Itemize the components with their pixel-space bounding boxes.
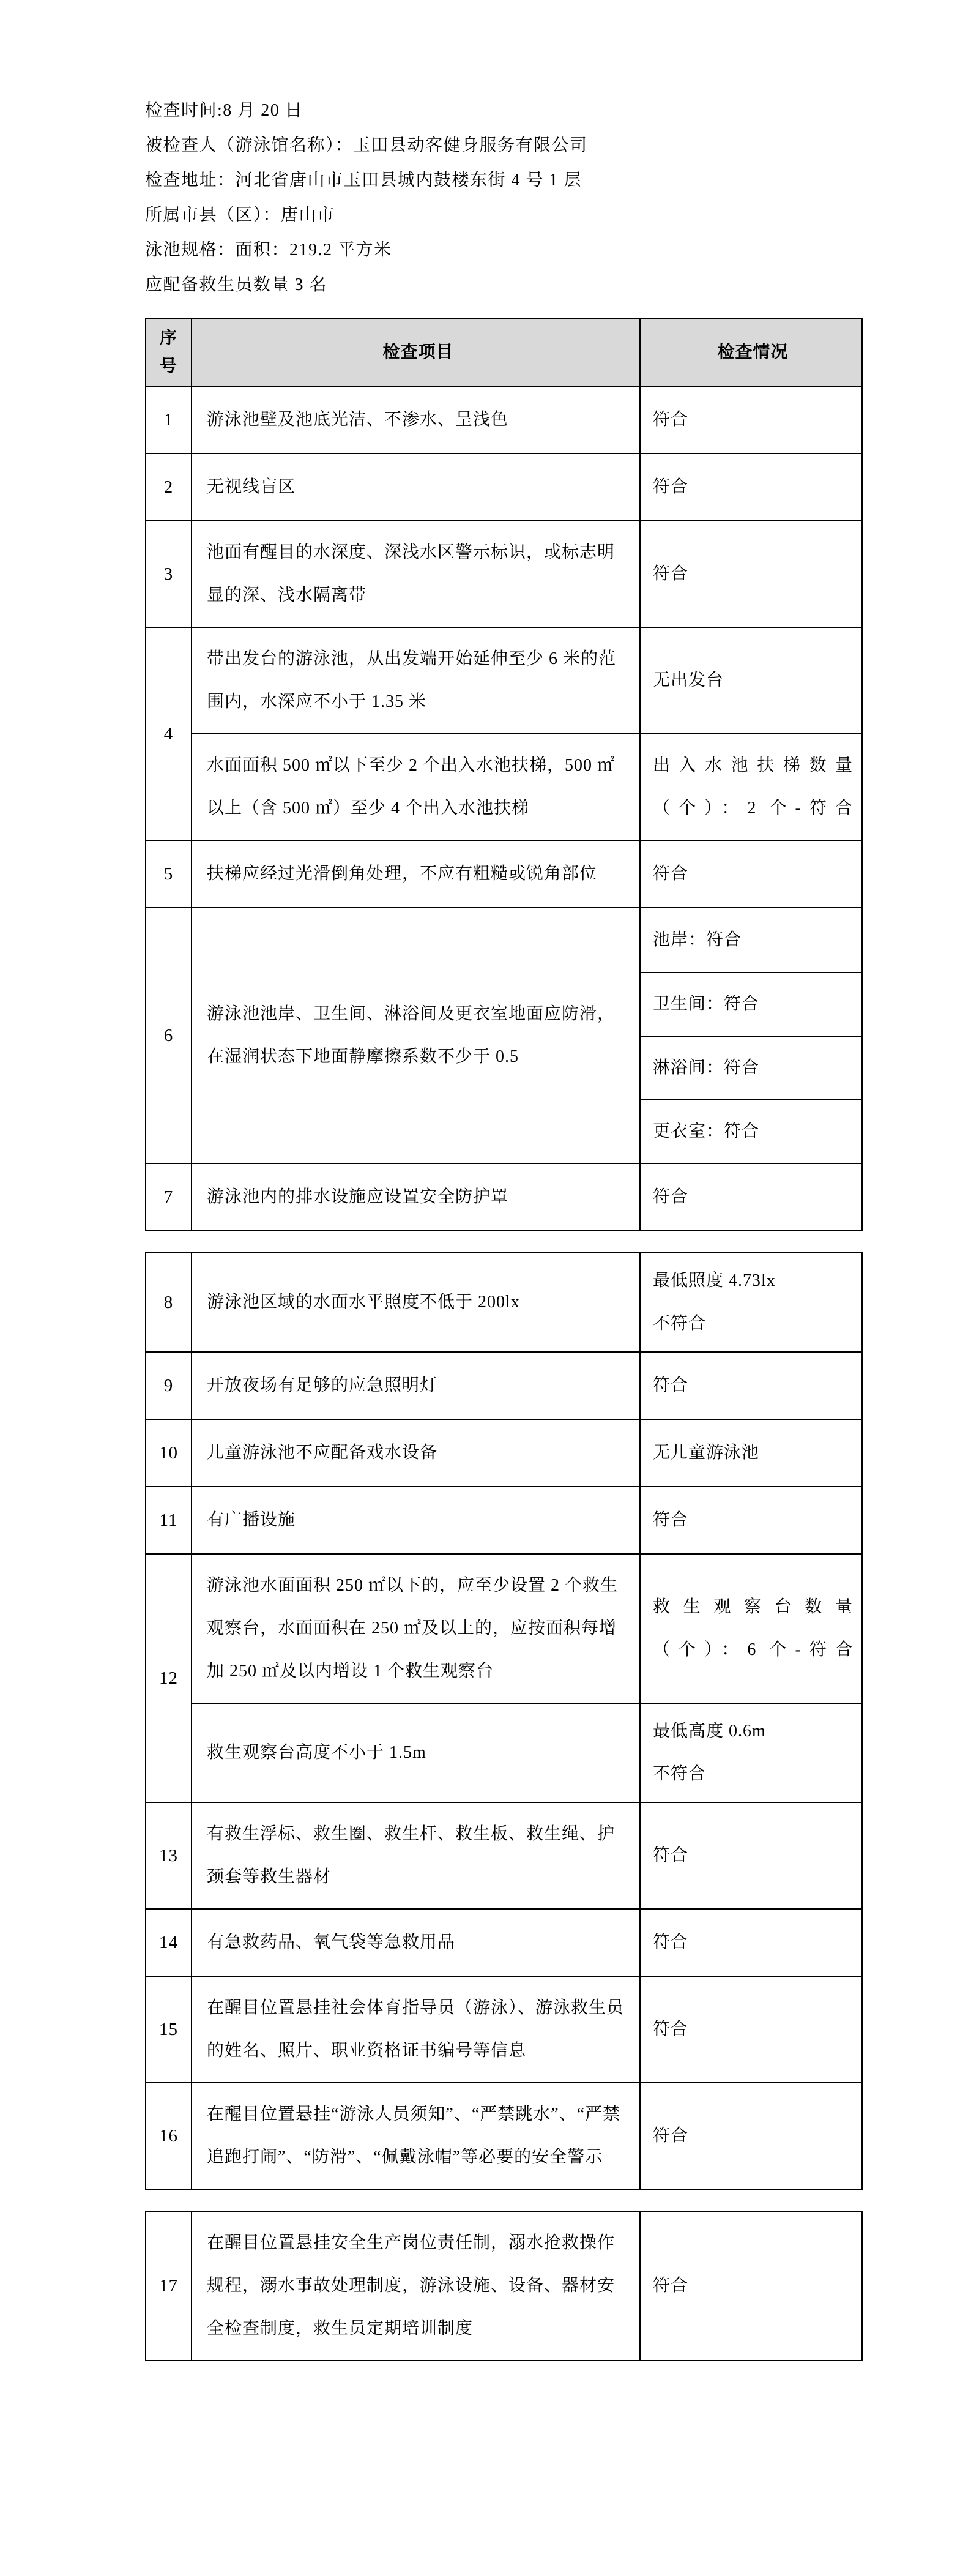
item-cell: 救生观察台高度不小于 1.5m	[192, 1704, 639, 1802]
table-row: 2无视线盲区符合	[146, 453, 861, 520]
item-text: 无视线盲区	[207, 466, 630, 509]
status-text: 无出发台	[653, 659, 853, 702]
info-line: 检查地址：河北省唐山市玉田县城内鼓楼东街 4 号 1 层	[145, 163, 971, 198]
table-subrow: 游泳池池岸、卫生间、淋浴间及更衣室地面应防滑，在湿润状态下地面静摩擦系数不少于 …	[192, 908, 861, 1163]
info-line: 所属市县（区）：唐山市	[145, 198, 971, 233]
table-subrow: 游泳池区域的水面水平照度不低于 200lx最低照度 4.73lx 不符合	[192, 1253, 861, 1351]
table-subrow: 儿童游泳池不应配备戏水设备无儿童游泳池	[192, 1420, 861, 1486]
status-cell: 符合	[641, 1353, 861, 1419]
item-cell: 有广播设施	[192, 1487, 639, 1553]
status-text: 符合	[653, 2115, 853, 2157]
row-number: 4	[146, 628, 191, 840]
table-subrow: 无视线盲区符合	[192, 454, 861, 520]
status-cell-stack: 符合	[639, 2212, 861, 2360]
item-cell: 游泳池壁及池底光洁、不渗水、呈浅色	[192, 387, 639, 453]
status-text: 符合	[653, 1176, 853, 1219]
status-cell-stack: 符合	[639, 1164, 861, 1230]
table-subrow: 在醒目位置悬挂安全生产岗位责任制，溺水抢救操作规程，溺水事故处理制度，游泳设施、…	[192, 2212, 861, 2360]
status-cell-stack: 符合	[639, 454, 861, 520]
status-text: 符合	[653, 1499, 853, 1542]
table-row: 3池面有醒目的水深度、深浅水区警示标识，或标志明显的深、浅水隔离带符合	[146, 520, 861, 627]
item-text: 扶梯应经过光滑倒角处理，不应有粗糙或锐角部位	[207, 853, 630, 895]
inspection-tables: 序号检查项目检查情况1游泳池壁及池底光洁、不渗水、呈浅色符合2无视线盲区符合3池…	[145, 318, 863, 2361]
item-text: 有急救药品、氧气袋等急救用品	[207, 1921, 630, 1964]
status-text: 符合	[653, 2264, 853, 2307]
item-text: 水面面积 500 ㎡以下至少 2 个出入水池扶梯，500 ㎡以上（含 500 ㎡…	[207, 744, 630, 830]
status-text: 符合	[653, 2008, 853, 2051]
table-row: 5扶梯应经过光滑倒角处理，不应有粗糙或锐角部位符合	[146, 840, 861, 907]
status-text: 符合	[653, 398, 853, 441]
status-cell: 池岸：符合	[641, 908, 861, 972]
table-subrow: 开放夜场有足够的应急照明灯符合	[192, 1353, 861, 1419]
status-cell-stack: 救生观察台数量 （个）：6 个-符合	[639, 1555, 861, 1703]
status-cell: 淋浴间：符合	[641, 1036, 861, 1099]
status-cell: 符合	[641, 521, 861, 627]
item-cell: 池面有醒目的水深度、深浅水区警示标识，或标志明显的深、浅水隔离带	[192, 521, 639, 627]
item-text: 在醒目位置悬挂安全生产岗位责任制，溺水抢救操作规程，溺水事故处理制度，游泳设施、…	[207, 2222, 630, 2350]
item-text: 游泳池池岸、卫生间、淋浴间及更衣室地面应防滑，在湿润状态下地面静摩擦系数不少于 …	[207, 993, 630, 1078]
table-subrow: 扶梯应经过光滑倒角处理，不应有粗糙或锐角部位符合	[192, 841, 861, 907]
status-cell-stack: 符合	[639, 1353, 861, 1419]
item-text: 游泳池内的排水设施应设置安全防护罩	[207, 1176, 630, 1219]
status-cell-stack: 符合	[639, 387, 861, 453]
status-cell: 符合	[641, 1910, 861, 1976]
item-cell: 扶梯应经过光滑倒角处理，不应有粗糙或锐角部位	[192, 841, 639, 907]
item-cell: 开放夜场有足够的应急照明灯	[192, 1353, 639, 1419]
table-row: 14有急救药品、氧气袋等急救用品符合	[146, 1908, 861, 1976]
table-subrow: 救生观察台高度不小于 1.5m最低高度 0.6m 不符合	[192, 1703, 861, 1802]
status-cell: 符合	[641, 2083, 861, 2189]
item-text: 儿童游泳池不应配备戏水设备	[207, 1432, 630, 1474]
item-text: 带出发台的游泳池，从出发端开始延伸至少 6 米的范围内，水深应不小于 1.35 …	[207, 638, 630, 723]
item-text: 池面有醒目的水深度、深浅水区警示标识，或标志明显的深、浅水隔离带	[207, 531, 630, 617]
item-cell: 在醒目位置悬挂安全生产岗位责任制，溺水抢救操作规程，溺水事故处理制度，游泳设施、…	[192, 2212, 639, 2360]
status-cell: 符合	[641, 1487, 861, 1553]
table-row: 12游泳池水面面积 250 ㎡以下的，应至少设置 2 个救生观察台，水面面积在 …	[146, 1553, 861, 1802]
item-text: 在醒目位置悬挂“游泳人员须知”、“严禁跳水”、“严禁追跑打闹”、“防滑”、“佩戴…	[207, 2093, 630, 2179]
table-subrow: 水面面积 500 ㎡以下至少 2 个出入水池扶梯，500 ㎡以上（含 500 ㎡…	[192, 733, 861, 840]
status-cell: 符合	[641, 841, 861, 907]
table-row: 11有广播设施符合	[146, 1486, 861, 1553]
status-cell-stack: 池岸：符合卫生间：符合淋浴间：符合更衣室：符合	[639, 908, 861, 1163]
status-text: 卫生间：符合	[653, 983, 853, 1026]
status-cell: 最低高度 0.6m 不符合	[641, 1704, 861, 1802]
status-cell-stack: 无出发台	[639, 628, 861, 733]
item-cell: 有救生浮标、救生圈、救生杆、救生板、救生绳、护颈套等救生器材	[192, 1803, 639, 1908]
status-cell-stack: 出入水池扶梯数量 （个）：2 个-符合	[639, 734, 861, 840]
status-cell-stack: 符合	[639, 841, 861, 907]
table-subrow: 游泳池壁及池底光洁、不渗水、呈浅色符合	[192, 387, 861, 453]
status-cell: 最低照度 4.73lx 不符合	[641, 1253, 861, 1351]
row-number: 7	[146, 1164, 191, 1230]
info-line: 泳池规格：面积：219.2 平方米	[145, 233, 971, 267]
status-cell: 符合	[641, 1977, 861, 2082]
item-cell: 带出发台的游泳池，从出发端开始延伸至少 6 米的范围内，水深应不小于 1.35 …	[192, 628, 639, 733]
table-row: 4带出发台的游泳池，从出发端开始延伸至少 6 米的范围内，水深应不小于 1.35…	[146, 627, 861, 840]
table-row: 10儿童游泳池不应配备戏水设备无儿童游泳池	[146, 1419, 861, 1486]
status-cell: 出入水池扶梯数量 （个）：2 个-符合	[641, 734, 861, 840]
status-text: 符合	[653, 553, 853, 595]
status-cell: 卫生间：符合	[641, 972, 861, 1036]
column-header-no: 序号	[146, 319, 191, 386]
row-number: 15	[146, 1977, 191, 2082]
table-subrow: 游泳池水面面积 250 ㎡以下的，应至少设置 2 个救生观察台，水面面积在 25…	[192, 1555, 861, 1703]
row-number: 16	[146, 2083, 191, 2189]
status-cell-stack: 符合	[639, 1803, 861, 1908]
row-number: 14	[146, 1910, 191, 1976]
info-line: 被检查人（游泳馆名称）：玉田县动客健身服务有限公司	[145, 128, 971, 163]
row-number: 1	[146, 387, 191, 453]
status-text: 无儿童游泳池	[653, 1432, 853, 1474]
status-cell: 符合	[641, 1164, 861, 1230]
item-cell: 儿童游泳池不应配备戏水设备	[192, 1420, 639, 1486]
status-cell: 符合	[641, 1803, 861, 1908]
table-block: 8游泳池区域的水面水平照度不低于 200lx最低照度 4.73lx 不符合9开放…	[145, 1252, 863, 2190]
table-subrow: 在醒目位置悬挂“游泳人员须知”、“严禁跳水”、“严禁追跑打闹”、“防滑”、“佩戴…	[192, 2083, 861, 2189]
status-text: 符合	[653, 466, 853, 509]
status-text: 池岸：符合	[653, 919, 853, 961]
row-number: 3	[146, 521, 191, 627]
table-row: 9开放夜场有足够的应急照明灯符合	[146, 1351, 861, 1419]
item-cell: 在醒目位置悬挂“游泳人员须知”、“严禁跳水”、“严禁追跑打闹”、“防滑”、“佩戴…	[192, 2083, 639, 2189]
table-row: 13有救生浮标、救生圈、救生杆、救生板、救生绳、护颈套等救生器材符合	[146, 1802, 861, 1908]
table-subrow: 带出发台的游泳池，从出发端开始延伸至少 6 米的范围内，水深应不小于 1.35 …	[192, 628, 861, 733]
item-cell: 游泳池池岸、卫生间、淋浴间及更衣室地面应防滑，在湿润状态下地面静摩擦系数不少于 …	[192, 908, 639, 1163]
table-row: 8游泳池区域的水面水平照度不低于 200lx最低照度 4.73lx 不符合	[146, 1253, 861, 1351]
row-number: 9	[146, 1353, 191, 1419]
status-cell-stack: 无儿童游泳池	[639, 1420, 861, 1486]
table-subrow: 有广播设施符合	[192, 1487, 861, 1553]
item-text: 游泳池区域的水面水平照度不低于 200lx	[207, 1281, 630, 1324]
status-text: 符合	[653, 1364, 853, 1407]
table-block: 序号检查项目检查情况1游泳池壁及池底光洁、不渗水、呈浅色符合2无视线盲区符合3池…	[145, 318, 863, 1231]
status-cell: 无儿童游泳池	[641, 1420, 861, 1486]
inspection-info: 检查时间:8 月 20 日被检查人（游泳馆名称）：玉田县动客健身服务有限公司检查…	[145, 93, 971, 302]
item-cell: 无视线盲区	[192, 454, 639, 520]
status-text: 符合	[653, 853, 853, 895]
table-row: 16在醒目位置悬挂“游泳人员须知”、“严禁跳水”、“严禁追跑打闹”、“防滑”、“…	[146, 2082, 861, 2189]
table-subrow: 有急救药品、氧气袋等急救用品符合	[192, 1910, 861, 1976]
status-text: 最低照度 4.73lx 不符合	[653, 1260, 853, 1345]
table-subrow: 池面有醒目的水深度、深浅水区警示标识，或标志明显的深、浅水隔离带符合	[192, 521, 861, 627]
table-subrow: 在醒目位置悬挂社会体育指导员（游泳）、游泳救生员的姓名、照片、职业资格证书编号等…	[192, 1977, 861, 2082]
row-number: 11	[146, 1487, 191, 1553]
status-cell-stack: 符合	[639, 1910, 861, 1976]
status-text: 更衣室：符合	[653, 1110, 853, 1153]
row-number: 12	[146, 1555, 191, 1802]
status-cell-stack: 符合	[639, 1977, 861, 2082]
row-number: 8	[146, 1253, 191, 1351]
row-number: 13	[146, 1803, 191, 1908]
table-row: 7游泳池内的排水设施应设置安全防护罩符合	[146, 1163, 861, 1230]
status-cell-stack: 符合	[639, 521, 861, 627]
info-line: 应配备救生员数量 3 名	[145, 267, 971, 302]
item-cell: 在醒目位置悬挂社会体育指导员（游泳）、游泳救生员的姓名、照片、职业资格证书编号等…	[192, 1977, 639, 2082]
status-cell-stack: 最低高度 0.6m 不符合	[639, 1704, 861, 1802]
item-cell: 水面面积 500 ㎡以下至少 2 个出入水池扶梯，500 ㎡以上（含 500 ㎡…	[192, 734, 639, 840]
status-cell: 更衣室：符合	[641, 1099, 861, 1163]
info-line: 检查时间:8 月 20 日	[145, 93, 971, 128]
status-text: 救生观察台数量 （个）：6 个-符合	[653, 1586, 853, 1671]
status-cell-stack: 符合	[639, 2083, 861, 2189]
table-header-row: 序号检查项目检查情况	[146, 319, 861, 386]
status-text: 符合	[653, 1921, 853, 1964]
table-block: 17在醒目位置悬挂安全生产岗位责任制，溺水抢救操作规程，溺水事故处理制度，游泳设…	[145, 2211, 863, 2361]
column-header-status: 检查情况	[641, 319, 861, 386]
row-number: 10	[146, 1420, 191, 1486]
status-text: 淋浴间：符合	[653, 1047, 853, 1089]
item-text: 有广播设施	[207, 1499, 630, 1542]
item-text: 在醒目位置悬挂社会体育指导员（游泳）、游泳救生员的姓名、照片、职业资格证书编号等…	[207, 1987, 630, 2072]
status-cell-stack: 最低照度 4.73lx 不符合	[639, 1253, 861, 1351]
row-number: 17	[146, 2212, 191, 2360]
status-cell: 无出发台	[641, 628, 861, 733]
item-cell: 游泳池内的排水设施应设置安全防护罩	[192, 1164, 639, 1230]
table-row: 1游泳池壁及池底光洁、不渗水、呈浅色符合	[146, 386, 861, 453]
column-header-item: 检查项目	[192, 319, 639, 386]
item-text: 开放夜场有足够的应急照明灯	[207, 1364, 630, 1407]
status-text: 出入水池扶梯数量 （个）：2 个-符合	[653, 744, 853, 830]
item-text: 游泳池水面面积 250 ㎡以下的，应至少设置 2 个救生观察台，水面面积在 25…	[207, 1564, 630, 1693]
item-cell: 游泳池区域的水面水平照度不低于 200lx	[192, 1253, 639, 1351]
row-number: 2	[146, 454, 191, 520]
table-row: 6游泳池池岸、卫生间、淋浴间及更衣室地面应防滑，在湿润状态下地面静摩擦系数不少于…	[146, 907, 861, 1163]
item-cell: 有急救药品、氧气袋等急救用品	[192, 1910, 639, 1976]
document-page: 检查时间:8 月 20 日被检查人（游泳馆名称）：玉田县动客健身服务有限公司检查…	[0, 0, 971, 2410]
status-cell: 救生观察台数量 （个）：6 个-符合	[641, 1555, 861, 1703]
row-number: 5	[146, 841, 191, 907]
table-row: 15在醒目位置悬挂社会体育指导员（游泳）、游泳救生员的姓名、照片、职业资格证书编…	[146, 1976, 861, 2082]
item-text: 有救生浮标、救生圈、救生杆、救生板、救生绳、护颈套等救生器材	[207, 1813, 630, 1898]
table-subrow: 有救生浮标、救生圈、救生杆、救生板、救生绳、护颈套等救生器材符合	[192, 1803, 861, 1908]
item-text: 救生观察台高度不小于 1.5m	[207, 1731, 630, 1774]
status-cell-stack: 符合	[639, 1487, 861, 1553]
status-cell: 符合	[641, 454, 861, 520]
status-text: 符合	[653, 1834, 853, 1877]
status-cell: 符合	[641, 387, 861, 453]
row-number: 6	[146, 908, 191, 1163]
table-row: 17在醒目位置悬挂安全生产岗位责任制，溺水抢救操作规程，溺水事故处理制度，游泳设…	[146, 2212, 861, 2360]
table-subrow: 游泳池内的排水设施应设置安全防护罩符合	[192, 1164, 861, 1230]
item-text: 游泳池壁及池底光洁、不渗水、呈浅色	[207, 398, 630, 441]
status-text: 最低高度 0.6m 不符合	[653, 1710, 853, 1796]
item-cell: 游泳池水面面积 250 ㎡以下的，应至少设置 2 个救生观察台，水面面积在 25…	[192, 1555, 639, 1703]
status-cell: 符合	[641, 2212, 861, 2360]
